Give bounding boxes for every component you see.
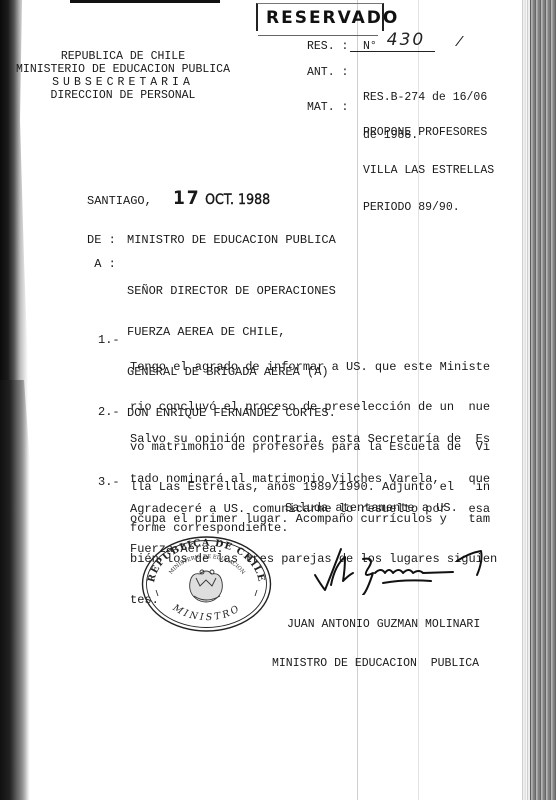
date-city: SANTIAGO, <box>87 194 152 208</box>
seal-bottom-text: MINISTRO <box>170 602 243 623</box>
stamp-underline <box>258 35 378 36</box>
from-value: MINISTRO DE EDUCACION PUBLICA <box>127 234 447 248</box>
from-label: DE : <box>87 234 127 248</box>
mat-line: PERIODO 89/90. <box>363 202 556 215</box>
to-label: A : <box>87 258 127 272</box>
ministry-seal: REPUBLICA DE CHILE MINISTERIO DE EDUCACI… <box>140 534 273 634</box>
mat-label: MAT. : <box>307 102 361 115</box>
date-stamp: 17 OCT. 1988 <box>173 187 270 209</box>
handwritten-signature <box>305 545 490 595</box>
document-page: RESERVADO REPUBLICA DE CHILE MINISTERIO … <box>0 0 556 800</box>
to-line: SEÑOR DIRECTOR DE OPERACIONES <box>127 285 447 299</box>
signer-name: JUAN ANTONIO GUZMAN MOLINARI <box>272 618 480 631</box>
letterhead-line: SUBSECRETARIA <box>8 76 238 89</box>
signer-title: MINISTRO DE EDUCACION PUBLICA <box>272 657 480 670</box>
ant-label: ANT. : <box>307 67 361 80</box>
res-number: 430 <box>366 30 446 50</box>
reservado-stamp: RESERVADO <box>256 3 384 31</box>
date-line: SANTIAGO, 17 OCT. 1988 <box>87 187 281 209</box>
closing: Saluda atentamente a US. <box>285 501 458 515</box>
paragraph-number: 3.- <box>98 476 120 489</box>
mat-line: PROPONE PROFESORES <box>363 127 556 140</box>
mat-line: VILLA LAS ESTRELLAS <box>363 165 556 178</box>
paragraph-number: 1.- <box>98 334 120 347</box>
paragraph-line: Tengo el agrado de informar a US. que es… <box>130 361 490 374</box>
svg-text:MINISTRO: MINISTRO <box>170 602 243 623</box>
scan-top-bar <box>70 0 220 3</box>
paragraph-line: Salvo su opinión contraria, esta Secreta… <box>130 433 497 446</box>
coat-of-arms-icon <box>190 570 223 602</box>
paragraph-number: 2.- <box>98 406 120 419</box>
letterhead-line: DIRECCION DE PERSONAL <box>8 89 238 102</box>
date-month-year: OCT. 1988 <box>205 192 270 208</box>
res-underline <box>350 51 435 52</box>
letterhead-line: REPUBLICA DE CHILE <box>8 50 238 63</box>
date-day: 17 <box>173 187 200 209</box>
letterhead: REPUBLICA DE CHILE MINISTERIO DE EDUCACI… <box>8 50 238 102</box>
signer-block: JUAN ANTONIO GUZMAN MOLINARI MINISTRO DE… <box>272 592 480 696</box>
letterhead-line: MINISTERIO DE EDUCACION PUBLICA <box>8 63 238 76</box>
res-mark: / <box>455 35 463 51</box>
